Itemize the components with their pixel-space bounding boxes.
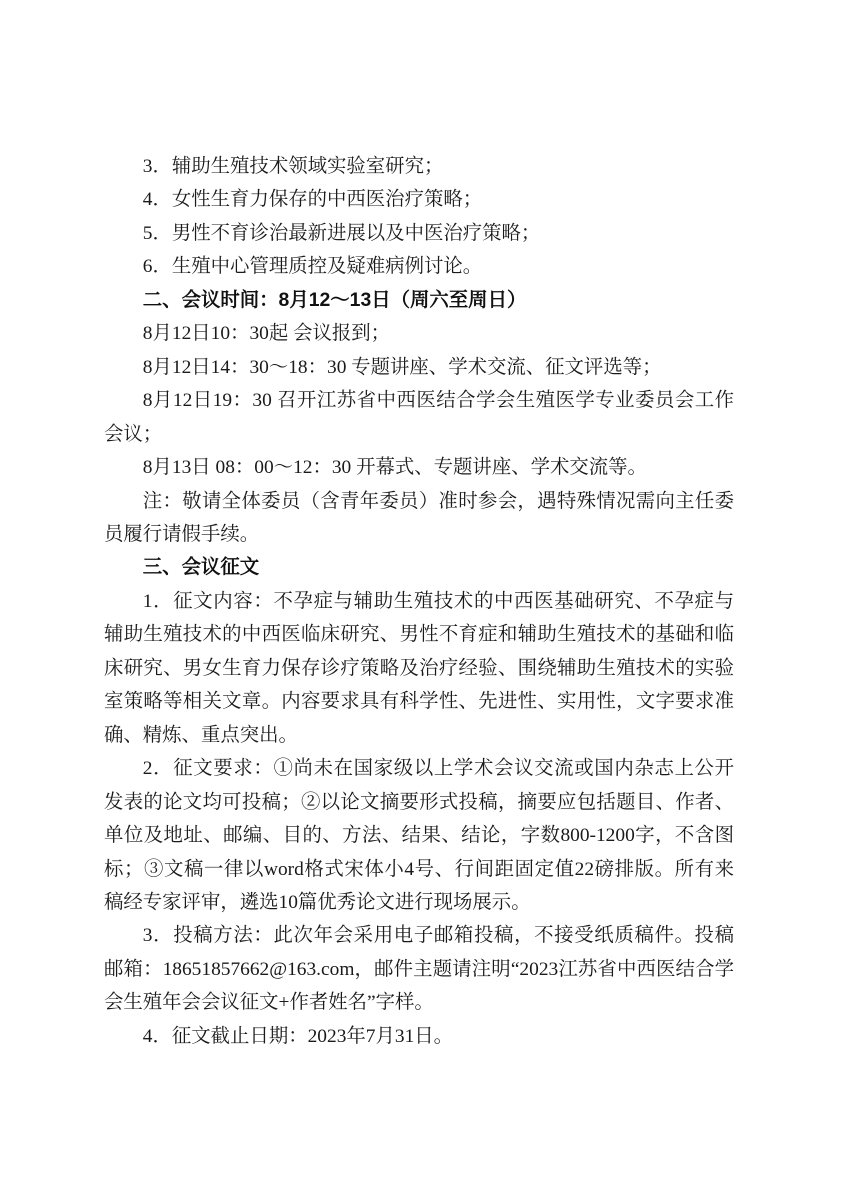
paper-content-paragraph: 1．征文内容：不孕症与辅助生殖技术的中西医基础研究、不孕症与辅助生殖技术的中西医… [104, 585, 734, 752]
schedule-aug12-afternoon: 8月12日14：30～18：30 专题讲座、学术交流、征文评选等； [104, 351, 734, 384]
schedule-aug12-checkin: 8月12日10：30起 会议报到； [104, 317, 734, 350]
submission-method-paragraph: 3．投稿方法：此次年会采用电子邮箱投稿，不接受纸质稿件。投稿邮箱：1865185… [104, 919, 734, 1019]
attendance-note: 注：敬请全体委员（含青年委员）准时参会，遇特殊情况需向主任委员履行请假手续。 [104, 485, 734, 552]
schedule-aug13-morning: 8月13日 08：00～12：30 开幕式、专题讲座、学术交流等。 [104, 451, 734, 484]
document-body: 3．辅助生殖技术领域实验室研究； 4．女性生育力保存的中西医治疗策略； 5．男性… [104, 150, 734, 1053]
submission-deadline-paragraph: 4．征文截止日期：2023年7月31日。 [104, 1020, 734, 1053]
document-page: 3．辅助生殖技术领域实验室研究； 4．女性生育力保存的中西医治疗策略； 5．男性… [0, 0, 850, 1193]
topic-item-3: 3．辅助生殖技术领域实验室研究； [104, 150, 734, 183]
topic-item-6: 6．生殖中心管理质控及疑难病例讨论。 [104, 250, 734, 283]
topic-item-4: 4．女性生育力保存的中西医治疗策略； [104, 183, 734, 216]
section-heading-call-for-papers: 三、会议征文 [104, 551, 734, 584]
section-heading-meeting-time: 二、会议时间：8月12～13日（周六至周日） [104, 284, 734, 317]
schedule-aug12-evening: 8月12日19：30 召开江苏省中西医结合学会生殖医学专业委员会工作会议； [104, 384, 734, 451]
topic-item-5: 5．男性不育诊治最新进展以及中医治疗策略； [104, 217, 734, 250]
paper-requirements-paragraph: 2．征文要求：①尚未在国家级以上学术会议交流或国内杂志上公开发表的论文均可投稿；… [104, 752, 734, 919]
